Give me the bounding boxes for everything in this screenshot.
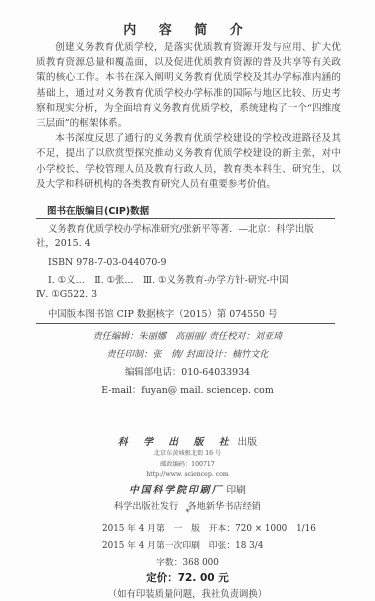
cip-verification-number: 中国版本图书馆 CIP 数据核字（2015）第 074550 号	[36, 308, 336, 322]
isbn: ISBN 978-7-03-044070-9	[36, 256, 336, 270]
publisher-postcode: 邮政编码：100717	[0, 459, 375, 468]
publisher-line: 科 学 出 版 社出版	[0, 434, 375, 448]
editorial-email: E-mail：fuyan@ mail. sciencep. com	[0, 382, 375, 396]
summary-paragraph-1: 创建义务教育优质学校，是落实优质教育资源开发与应用、扩大优质教育资源总量和覆盖面…	[36, 40, 341, 131]
cip-record-line-1: 义务教育优质学校办学标准研究/张新平等著．—北京：科学出版	[36, 223, 336, 237]
printing-info: 2015 年 4 月第一次印刷 印张：18 3/4	[102, 538, 263, 551]
credits-production: 责任印制：张 倩/ 封面设计：楠竹文化	[0, 346, 375, 360]
separator-star: *	[0, 508, 375, 517]
publisher-name: 科 学 出 版 社	[118, 437, 235, 448]
summary-body: 创建义务教育优质学校，是落实优质教育资源开发与应用、扩大优质教育资源总量和覆盖面…	[36, 40, 341, 192]
printer-name: 中国科学院印刷厂	[129, 485, 223, 496]
summary-title: 内 容 简 介	[0, 19, 375, 38]
cip-isbn: ISBN 978-7-03-044070-9	[36, 256, 336, 270]
cip-verification: 中国版本图书馆 CIP 数据核字（2015）第 074550 号	[36, 308, 336, 322]
classification-line-1: Ⅰ. ①义… Ⅱ. ①张… Ⅲ. ①义务教育-办学方针-研究-中国	[36, 274, 336, 288]
printer-line: 中国科学院印刷厂印刷	[0, 482, 375, 496]
publisher-address: 北京东黄城根北街 16 号	[0, 448, 375, 457]
edition-info: 2015 年 4 月第 一 版 开本：720 × 1000 1/16	[102, 521, 316, 534]
divider-top	[36, 218, 335, 219]
divider-bottom	[36, 323, 335, 324]
cip-record: 义务教育优质学校办学标准研究/张新平等著．—北京：科学出版 社，2015. 4	[36, 223, 336, 251]
summary-paragraph-2: 本书深度反思了通行的义务教育优质学校建设的学校改进路径及其不足，提出了以欣赏型探…	[36, 131, 341, 192]
copyright-page: 内 容 简 介 创建义务教育优质学校，是落实优质教育资源开发与应用、扩大优质教育…	[0, 0, 375, 601]
cip-record-line-2: 社，2015. 4	[36, 237, 336, 251]
cip-heading: 图书在版编目(CIP)数据	[47, 203, 149, 217]
printer-suffix: 印刷	[226, 485, 246, 496]
publisher-website: http://www. sciencep. com	[0, 471, 375, 478]
cip-classification: Ⅰ. ①义… Ⅱ. ①张… Ⅲ. ①义务教育-办学方针-研究-中国 Ⅳ. ①G5…	[36, 274, 336, 302]
editorial-phone: 编辑部电话：010-64033934	[0, 364, 375, 378]
word-count: 字数：368 000	[0, 555, 375, 568]
credits-editors: 责任编辑：朱丽娜 高丽丽/ 责任校对：刘亚琦	[0, 328, 375, 342]
price: 定价：72. 00 元	[0, 570, 375, 585]
classification-line-2: Ⅳ. ①G522. 3	[36, 288, 336, 302]
publisher-suffix: 出版	[238, 437, 258, 448]
quality-notice: （如有印装质量问题，我社负责调换）	[0, 586, 375, 600]
